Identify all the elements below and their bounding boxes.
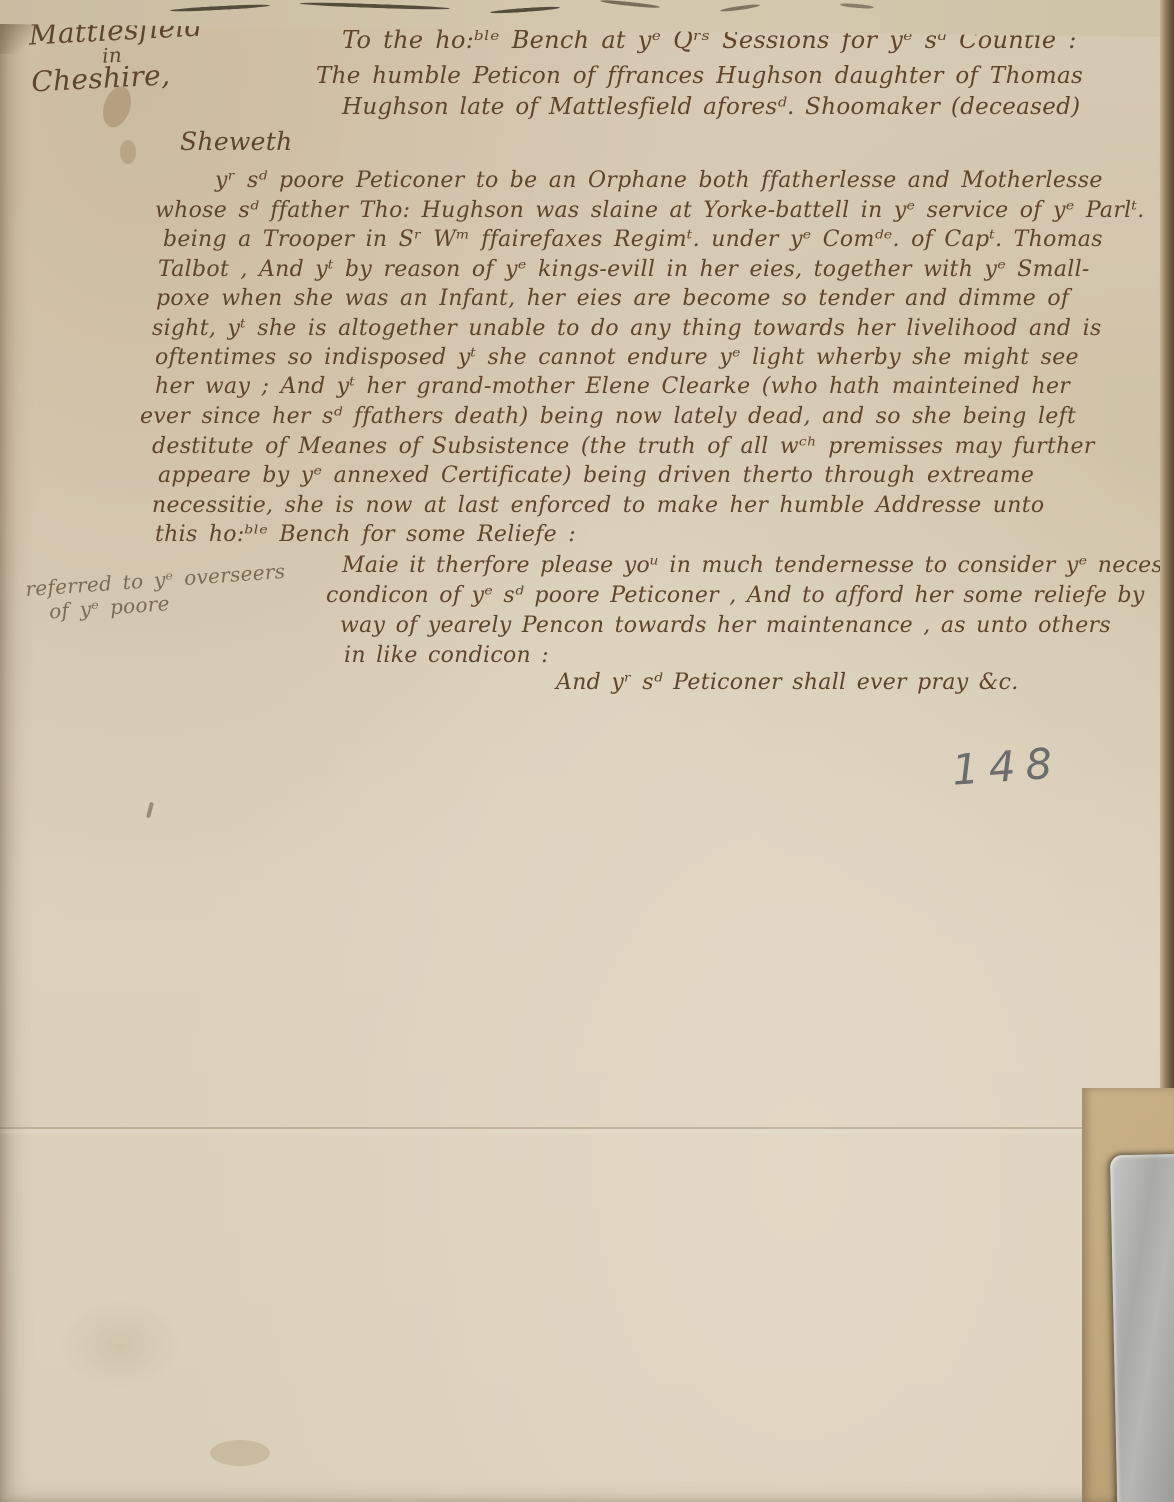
- metal-clip: [1110, 1154, 1174, 1502]
- body-line: sight, yᵗ she is altogether unable to do…: [152, 314, 1102, 343]
- fold-crease: [0, 1127, 1174, 1129]
- body-line: Talbot , And yᵗ by reason of yᵉ kings-ev…: [158, 255, 1090, 284]
- paper-stain: [146, 802, 154, 818]
- paper-stain: [210, 1440, 270, 1466]
- body-line: whose sᵈ ffather Tho: Hughson was slaine…: [155, 196, 1145, 225]
- body-line: her way ; And yᵗ her grand-mother Elene …: [155, 372, 1070, 401]
- body-line: being a Trooper in Sʳ Wᵐ ffairefaxes Reg…: [163, 225, 1103, 254]
- closing-prayer: And yʳ sᵈ Peticoner shall ever pray &c.: [556, 670, 1019, 695]
- manuscript-photograph: Mattlesfield in Cheshire, To the ho:ᵇˡᵉ …: [0, 0, 1174, 1502]
- body-line: destitute of Meanes of Subsistence (the …: [152, 432, 1095, 461]
- petition-title-line1: The humble Peticon of ffrances Hughson d…: [316, 63, 1083, 89]
- prayer-line: in like condicon :: [344, 641, 549, 671]
- ink-stroke-fragment: [720, 3, 760, 13]
- ink-stroke-fragment: [490, 6, 560, 15]
- body-line: necessitie, she is now at last enforced …: [152, 491, 1044, 520]
- manuscript-page: Mattlesfield in Cheshire, To the ho:ᵇˡᵉ …: [0, 0, 1174, 1502]
- body-line: this ho:ᵇˡᵉ Bench for some Reliefe :: [155, 520, 576, 549]
- paper-stain: [120, 140, 136, 164]
- ink-stroke-fragment: [840, 3, 874, 10]
- prayer-line: condicon of yᵉ sᵈ poore Peticoner , And …: [326, 581, 1145, 611]
- paper-stain: [60, 1300, 180, 1390]
- salutation: Sheweth: [180, 127, 292, 156]
- petition-title-line2: Hughson late of Mattlesfield aforesᵈ. Sh…: [342, 94, 1080, 120]
- prayer-line: way of yearely Pencon towards her mainte…: [340, 611, 1111, 641]
- margin-annotation: referred to yᵉ overseers of yᵉ poore: [25, 559, 288, 625]
- body-line: yʳ sᵈ poore Peticoner to be an Orphane b…: [215, 166, 1103, 195]
- body-line: appeare by yᵉ annexed Certificate) being…: [158, 461, 1034, 490]
- ink-stroke-fragment: [300, 1, 450, 10]
- body-line: ever since her sᵈ ffathers death) being …: [140, 402, 1076, 431]
- body-line: oftentimes so indisposed yᵗ she cannot e…: [155, 343, 1079, 372]
- body-line: poxe when she was an Infant, her eies ar…: [156, 284, 1069, 313]
- folio-number: 148: [950, 738, 1063, 795]
- prayer-line: Maie it therfore please yoᵘ in much tend…: [342, 551, 1174, 581]
- page-corner-shadow: [0, 24, 40, 54]
- ink-stroke-fragment: [600, 0, 660, 9]
- ink-stroke-fragment: [170, 3, 270, 12]
